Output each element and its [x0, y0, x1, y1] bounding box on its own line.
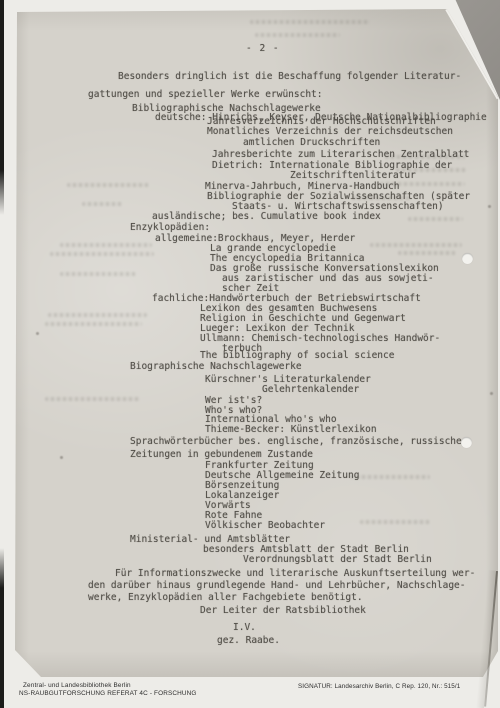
footer-signature: SIGNATUR: Landesarchiv Berlin, C Rep. 12… [298, 683, 460, 690]
typed-line: Lueger: Lexikon der Technik [200, 324, 354, 333]
bleed-through-mark [370, 243, 462, 247]
typed-line: fachliche:Handwörterbuch der Betriebswir… [152, 294, 421, 303]
bleed-through-mark [45, 397, 140, 401]
bleed-through-mark [350, 475, 430, 479]
scanner-edge-strip-bottom [0, 548, 4, 708]
scanned-document-page: - 2 - Besonders dringlich ist die Bescha… [0, 0, 500, 708]
typed-line: Ministerial- und Amtsblätter [130, 535, 290, 544]
typed-line: Lokalanzeiger [205, 491, 279, 500]
typed-line: Jahresverzeichnis der Hochschulschriften [207, 117, 436, 126]
paper-speck [60, 456, 63, 459]
typed-line: Lexikon des gesamten Buchwesens [200, 304, 377, 313]
typed-line: Bibliographie der Sozialwissenschaften (… [207, 192, 470, 201]
typed-line: Jahresberichte zum Literarischen Zentral… [212, 150, 469, 159]
typed-line: La grande encyclopedie [210, 244, 336, 253]
bleed-through-mark [360, 520, 430, 524]
bleed-through-mark [398, 251, 456, 255]
bleed-through-mark [60, 272, 136, 276]
typed-line: Minerva-Jahrbuch, Minerva-Handbuch [205, 182, 399, 191]
footer-caption-left: Zentral- und Landesbibliothek Berlin NS-… [19, 682, 197, 698]
typed-line: Für Informationszwecke und literarische … [115, 569, 475, 578]
footer-department: NS-RAUBGUTFORSCHUNG REFERAT 4C - FORSCHU… [19, 690, 197, 698]
bleed-through-mark [67, 183, 149, 187]
typed-line: Verordnungsblatt der Stadt Berlin [243, 555, 432, 564]
paper-speck [488, 205, 491, 208]
bleed-through-mark [82, 202, 122, 206]
typed-line: aus zaristischer und das aus sowjeti- [222, 274, 434, 283]
typed-line: Der Leiter der Ratsbibliothek [200, 606, 366, 615]
typed-line: Vorwärts [205, 501, 251, 510]
typed-line: Biographische Nachschlagewerke [130, 362, 302, 371]
bleed-through-mark [45, 322, 142, 326]
bleed-through-mark [408, 217, 463, 221]
typed-line: Dietrich: Internationale Bibliographie d… [212, 161, 452, 170]
typed-line: Zeitschriftenliteratur [290, 171, 416, 180]
typed-line: Das große russische Konversationslexikon [210, 264, 439, 273]
paper-speck [490, 392, 493, 395]
bleed-through-mark [255, 33, 340, 37]
typed-line: Staats- u. Wirtschaftswissenschaften) [232, 202, 444, 211]
typed-line: amtlichen Druckschriften [243, 138, 380, 147]
typed-line: allgemeine:Brockhaus, Meyer, Herder [155, 234, 355, 243]
typed-line: The bibliography of social science [200, 351, 394, 360]
footer-library-name: Zentral- und Landesbibliothek Berlin [23, 682, 197, 690]
typed-line: Börsenzeitung [205, 481, 279, 490]
typed-line: Kürschner's Literaturkalender [205, 375, 371, 384]
typed-line: Deutsche Allgemeine Zeitung [205, 471, 359, 480]
typed-line: Frankfurter Zeitung [205, 461, 314, 470]
typed-line: Zeitungen in gebundenem Zustande [130, 450, 313, 459]
typed-line: besonders Amtsblatt der Stadt Berlin [203, 545, 409, 554]
bleed-through-mark [60, 243, 152, 247]
typed-line: Monatliches Verzeichnis der reichsdeutsc… [207, 127, 453, 136]
typed-line: Thieme-Becker: Künstlerlexikon [205, 425, 377, 434]
typed-line: I.V. [233, 623, 256, 632]
typed-line: International who's who [205, 415, 337, 424]
typed-line: Besonders dringlich ist die Beschaffung … [118, 72, 461, 81]
page-number: - 2 - [246, 44, 280, 53]
hole-punch-bottom [461, 437, 472, 448]
typed-line: Enzyklopädien: [130, 223, 210, 232]
typed-line: scher Zeit [222, 284, 279, 293]
typed-line: Ullmann: Chemisch-technologisches Handwö… [200, 334, 440, 343]
bleed-through-mark [50, 252, 154, 256]
paper-speck [36, 332, 39, 335]
typed-line: Religion in Geschichte und Gegenwart [200, 314, 406, 323]
typed-line: werke, Enzyklopädien aller Fachgebiete b… [88, 593, 363, 602]
typed-line: Wer ist's? [205, 396, 262, 405]
typed-line: ausländische; bes. Cumulative book index [152, 212, 381, 221]
bleed-through-mark [250, 20, 370, 24]
typed-line: den darüber hinaus grundlegende Hand- un… [88, 581, 466, 590]
typed-line: gattungen und spezieller Werke erwünscht… [88, 90, 323, 99]
typed-line: Völkischer Beobachter [205, 521, 325, 530]
typed-line: Gelehrtenkalender [262, 385, 359, 394]
scanner-edge-strip-top [0, 0, 4, 215]
typed-line: Sprachwörterbücher bes. englische, franz… [130, 437, 462, 446]
typed-line: gez. Raabe. [217, 636, 280, 645]
typed-line: The encyclopedia Britannica [210, 254, 364, 263]
hole-punch-top [462, 253, 473, 264]
typed-line: Rote Fahne [205, 511, 262, 520]
bleed-through-mark [48, 313, 147, 317]
